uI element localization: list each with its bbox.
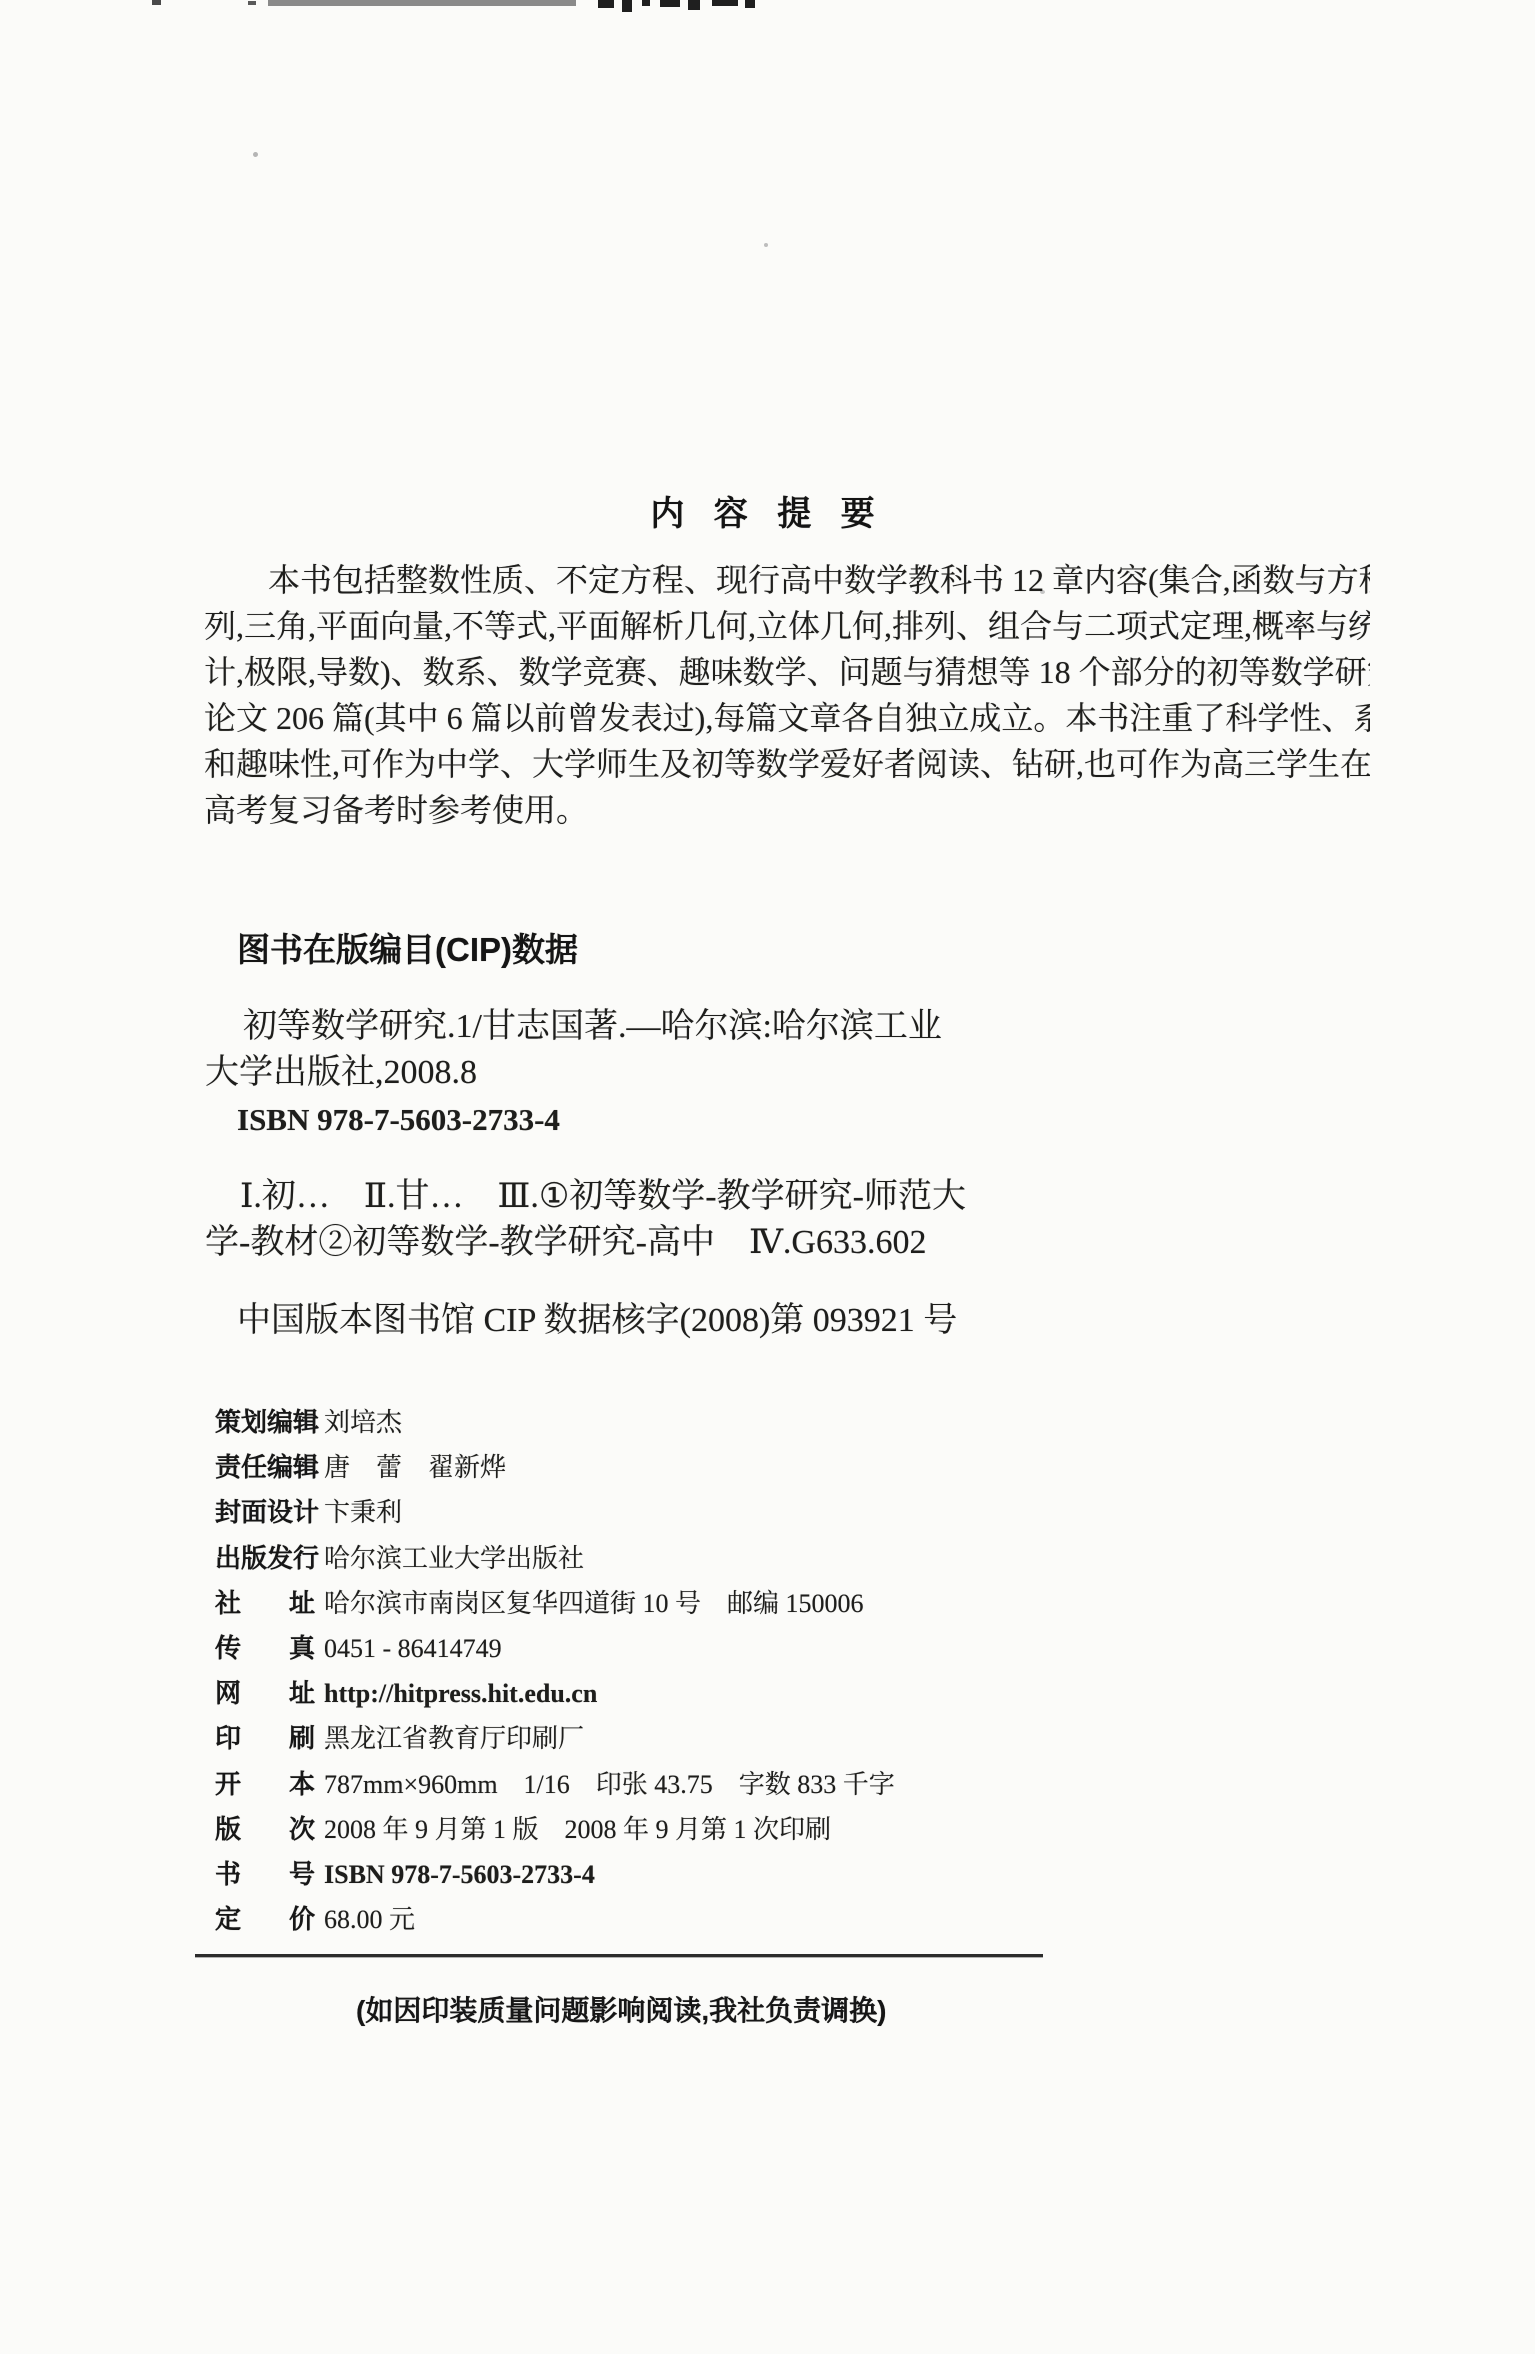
colophon-row-value: 哈尔滨市南岗区复华四道街 10 号 邮编 150006 [324, 1583, 864, 1620]
colophon-row: 社址哈尔滨市南岗区复华四道街 10 号 邮编 150006 [215, 1583, 864, 1623]
scan-artifact-char-fragment [688, 0, 700, 10]
colophon-row: 责任编辑唐 蕾 翟新烨 [215, 1447, 506, 1487]
scan-speck [764, 243, 768, 247]
scan-artifact-char-fragment [598, 0, 614, 8]
colophon-row-label: 封面设计 [215, 1492, 315, 1529]
colophon-row-value: 68.00 元 [324, 1899, 415, 1936]
summary-line: 本书包括整数性质、不定方程、现行高中数学教科书 12 章内容(集合,函数与方程,… [204, 557, 1370, 603]
cip-class-line-1: Ⅰ.初… Ⅱ.甘… Ⅲ.①初等数学-教学研究-师范大 [240, 1168, 966, 1217]
colophon-row-label: 责任编辑 [215, 1447, 315, 1484]
colophon-row-label: 网址 [215, 1673, 315, 1710]
colophon-row-value: 刘培杰 [324, 1402, 402, 1439]
colophon-row-value-url: http://hitpress.hit.edu.cn [324, 1679, 597, 1709]
colophon-row: 版次2008 年 9 月第 1 版 2008 年 9 月第 1 次印刷 [215, 1809, 831, 1849]
colophon-row-label: 定价 [215, 1899, 315, 1936]
scan-artifact-char-fragment [622, 0, 632, 12]
colophon-row: 出版发行哈尔滨工业大学出版社 [215, 1538, 584, 1578]
colophon-row-value: 哈尔滨工业大学出版社 [324, 1538, 584, 1575]
scan-speck [253, 152, 258, 157]
colophon-row: 开本787mm×960mm 1/16 印张 43.75 字数 833 千字 [215, 1764, 895, 1804]
summary-paragraph: 本书包括整数性质、不定方程、现行高中数学教科书 12 章内容(集合,函数与方程,… [204, 557, 1370, 833]
colophon-row-value: 787mm×960mm 1/16 印张 43.75 字数 833 千字 [324, 1764, 895, 1801]
colophon-row: 策划编辑刘培杰 [215, 1402, 402, 1442]
scan-artifact-speck [248, 1, 256, 5]
colophon-row-value-isbn: ISBN 978-7-5603-2733-4 [324, 1860, 595, 1890]
colophon-row-label: 策划编辑 [215, 1402, 315, 1439]
scan-artifact-char-fragment [745, 0, 755, 8]
colophon-row-value: 2008 年 9 月第 1 版 2008 年 9 月第 1 次印刷 [324, 1809, 831, 1846]
summary-line: 高考复习备考时参考使用。 [204, 787, 1370, 833]
footer-note: (如因印装质量问题影响阅读,我社负责调换) [356, 1989, 886, 2029]
summary-line: 论文 206 篇(其中 6 篇以前曾发表过),每篇文章各自独立成立。本书注重了科… [204, 695, 1370, 741]
colophon-row-label: 开本 [215, 1764, 315, 1801]
cip-record-number: 中国版本图书馆 CIP 数据核字(2008)第 093921 号 [237, 1292, 957, 1341]
colophon-row-label: 社址 [215, 1583, 315, 1620]
colophon-row-value: 黑龙江省教育厅印刷厂 [324, 1718, 584, 1755]
colophon-row: 传真0451 - 86414749 [215, 1628, 502, 1668]
scan-artifact-char-fragment [660, 0, 680, 7]
colophon-row-label: 版次 [215, 1809, 315, 1846]
colophon-row-label: 书号 [215, 1854, 315, 1891]
scan-artifact-char-fragment [642, 0, 650, 6]
colophon-row: 印刷黑龙江省教育厅印刷厂 [215, 1718, 584, 1758]
colophon-row-label: 出版发行 [215, 1538, 315, 1575]
colophon-row: 定价68.00 元 [215, 1899, 415, 1939]
scan-artifact-speck [152, 0, 161, 5]
summary-line: 计,极限,导数)、数系、数学竞赛、趣味数学、问题与猜想等 18 个部分的初等数学… [204, 649, 1370, 695]
colophon-row-label: 传真 [215, 1628, 315, 1665]
colophon-row-label: 印刷 [215, 1718, 315, 1755]
scan-artifact-char-fragment [712, 0, 738, 6]
cip-class-line-2: 学-教材②初等数学-教学研究-高中 Ⅳ.G633.602 [205, 1214, 927, 1263]
colophon-row-value: 卞秉利 [324, 1492, 402, 1529]
colophon-row: 网址http://hitpress.hit.edu.cn [215, 1673, 597, 1713]
colophon-row-value: 唐 蕾 翟新烨 [324, 1447, 506, 1484]
divider-rule [195, 1954, 1043, 1957]
colophon-row: 封面设计卞秉利 [215, 1492, 402, 1532]
cip-heading: 图书在版编目(CIP)数据 [237, 924, 578, 971]
colophon-row-value: 0451 - 86414749 [324, 1634, 502, 1664]
summary-title: 内 容 提 要 [0, 486, 1535, 535]
cip-title-line-1: 初等数学研究.1/甘志国著.—哈尔滨:哈尔滨工业 [243, 998, 942, 1047]
colophon-row: 书号ISBN 978-7-5603-2733-4 [215, 1854, 595, 1894]
summary-line: 列,三角,平面向量,不等式,平面解析几何,立体几何,排列、组合与二项式定理,概率… [204, 603, 1370, 649]
scan-artifact-bar [268, 0, 576, 6]
summary-line: 和趣味性,可作为中学、大学师生及初等数学爱好者阅读、钻研,也可作为高三学生在数学 [204, 741, 1370, 787]
cip-title-line-2: 大学出版社,2008.8 [205, 1044, 477, 1093]
cip-isbn: ISBN 978-7-5603-2733-4 [237, 1102, 560, 1138]
